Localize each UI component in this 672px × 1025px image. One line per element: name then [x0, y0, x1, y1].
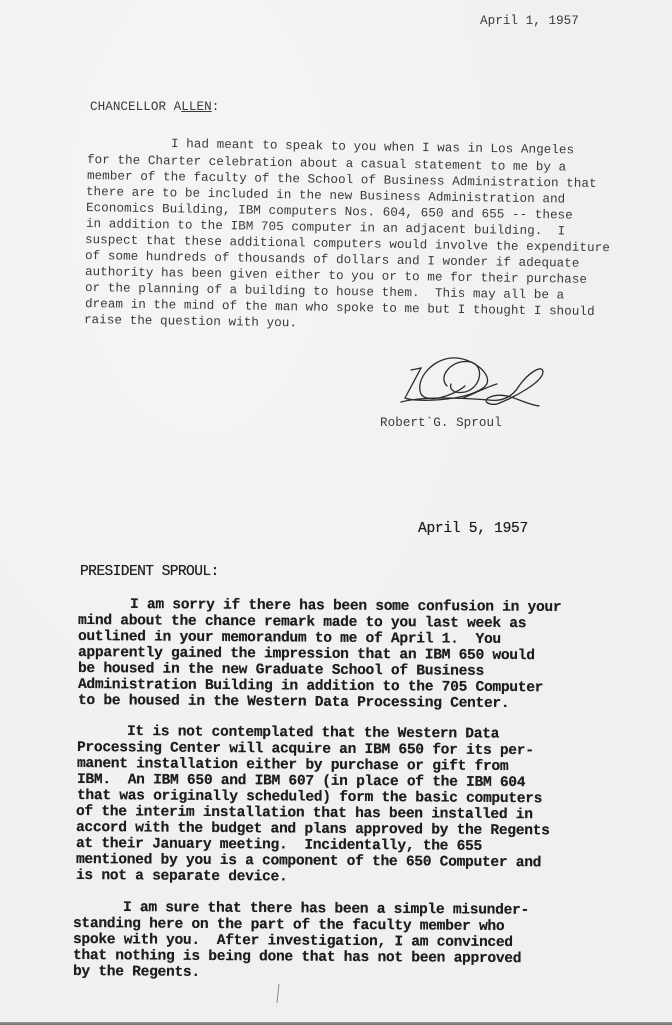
scanned-page: April 1, 1957 CHANCELLOR ALLEN: I had me…: [0, 0, 672, 1025]
signature-name: Robert`G. Sproul: [380, 416, 502, 430]
memo2-line: is not a separate device.: [76, 868, 288, 885]
salutation-underlined: LLEN: [181, 100, 211, 114]
pencil-mark: [276, 983, 280, 1005]
memo2-date: April 5, 1957: [418, 521, 528, 537]
memo1-line: raise the question with you.: [84, 313, 297, 330]
memo2-line: by the Regents.: [73, 964, 200, 981]
memo2-line: to be housed in the Western Data Process…: [78, 693, 509, 712]
memo1-date: April 1, 1957: [480, 14, 579, 28]
handwritten-signature: [393, 346, 553, 412]
salutation-colon: :: [212, 100, 220, 114]
memo2-salutation: PRESIDENT SPROUL:: [80, 564, 219, 580]
salutation-text: CHANCELLOR A: [90, 100, 181, 114]
memo1-salutation: CHANCELLOR ALLEN:: [90, 100, 219, 114]
